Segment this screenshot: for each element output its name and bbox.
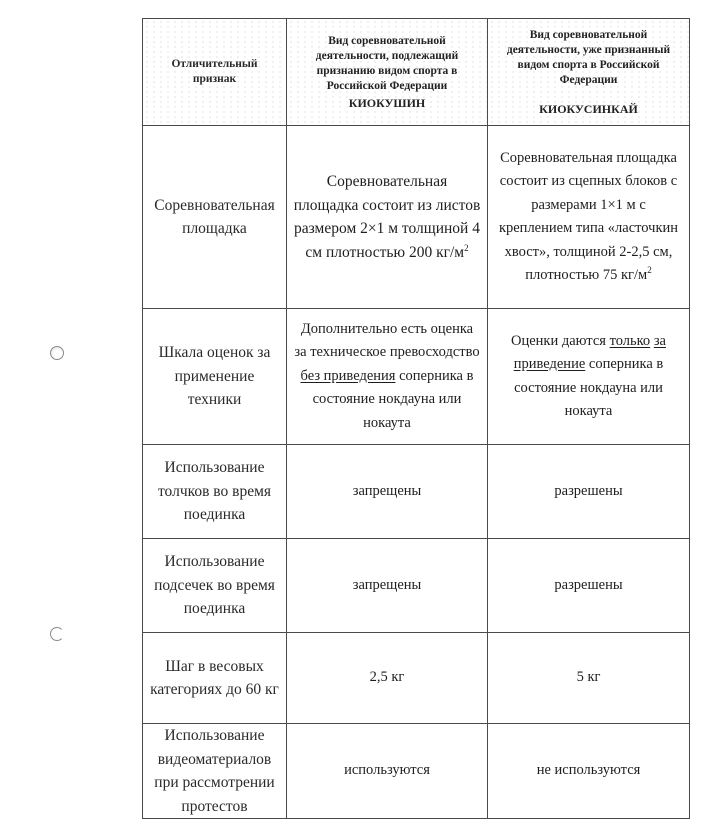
table-row: Использование подсечек во время поединка…: [143, 539, 690, 633]
feature-label: Использование подсечек во время поединка: [154, 553, 275, 617]
cell-kyokushin: Соревновательная площадка состоит из лис…: [287, 126, 488, 309]
row-feature: Использование видеоматериалов при рассмо…: [143, 724, 287, 819]
header-feature: Отличительный признак: [143, 19, 287, 126]
superscript: 2: [464, 243, 469, 253]
table-row: Соревновательная площадка Соревновательн…: [143, 126, 690, 309]
cell-text: не используются: [537, 762, 641, 778]
feature-label: Использование видеоматериалов при рассмо…: [154, 727, 274, 815]
table-row: Шкала оценок за применение техники Допол…: [143, 309, 690, 445]
cell-text: разрешены: [554, 483, 622, 499]
cell-kyokushinkai: разрешены: [488, 445, 690, 539]
cell-text-underlined: только: [610, 333, 651, 349]
cell-kyokushin: 2,5 кг: [287, 633, 488, 724]
cell-text: 2,5 кг: [370, 669, 405, 685]
cell-text: 5 кг: [577, 669, 601, 685]
cell-text: Соревновательная площадка состоит из сце…: [499, 150, 678, 284]
header-kyokushinkai-description: Вид соревновательной деятельности, уже п…: [507, 29, 670, 86]
cell-kyokushin: используются: [287, 724, 488, 819]
cell-kyokushinkai: Оценки даются только за приведение сопер…: [488, 309, 690, 445]
row-feature: Шаг в весовых категориях до 60 кг: [143, 633, 287, 724]
cell-text-underlined: без приведения: [301, 368, 396, 384]
header-kyokushin-name: КИОКУШИН: [293, 96, 481, 111]
feature-label: Соревновательная площадка: [154, 197, 274, 238]
table-row: Использование видеоматериалов при рассмо…: [143, 724, 690, 819]
feature-label: Использование толчков во время поединка: [158, 459, 271, 523]
cell-text-pre: Дополнительно есть оценка за техническое…: [294, 321, 479, 361]
punch-hole-bottom: [50, 627, 64, 641]
feature-label: Шкала оценок за применение техники: [159, 344, 271, 408]
table-row: Шаг в весовых категориях до 60 кг 2,5 кг…: [143, 633, 690, 724]
cell-kyokushinkai: не используются: [488, 724, 690, 819]
header-kyokushin: Вид соревновательной деятельности, подле…: [287, 19, 488, 126]
header-kyokushinkai: Вид соревновательной деятельности, уже п…: [488, 19, 690, 126]
cell-kyokushinkai: 5 кг: [488, 633, 690, 724]
cell-text: запрещены: [353, 483, 422, 499]
comparison-table: Отличительный признак Вид соревновательн…: [142, 18, 690, 819]
row-feature: Соревновательная площадка: [143, 126, 287, 309]
row-feature: Использование подсечек во время поединка: [143, 539, 287, 633]
cell-text: Соревновательная площадка состоит из лис…: [294, 173, 481, 261]
cell-text: запрещены: [353, 577, 422, 593]
cell-kyokushin: запрещены: [287, 445, 488, 539]
feature-label: Шаг в весовых категориях до 60 кг: [150, 658, 279, 699]
header-kyokushinkai-name: КИОКУСИНКАЙ: [494, 102, 683, 117]
superscript: 2: [647, 265, 652, 275]
punch-hole-top: [50, 346, 64, 360]
cell-text-pre: Оценки даются: [511, 333, 606, 349]
row-feature: Шкала оценок за применение техники: [143, 309, 287, 445]
cell-kyokushin: Дополнительно есть оценка за техническое…: [287, 309, 488, 445]
cell-kyokushin: запрещены: [287, 539, 488, 633]
table-row: Использование толчков во время поединка …: [143, 445, 690, 539]
table-header-row: Отличительный признак Вид соревновательн…: [143, 19, 690, 126]
cell-text: используются: [344, 762, 430, 778]
header-feature-label: Отличительный признак: [171, 58, 257, 85]
header-kyokushin-description: Вид соревновательной деятельности, подле…: [316, 35, 458, 92]
cell-kyokushinkai: Соревновательная площадка состоит из сце…: [488, 126, 690, 309]
row-feature: Использование толчков во время поединка: [143, 445, 287, 539]
cell-kyokushinkai: разрешены: [488, 539, 690, 633]
cell-text: разрешены: [554, 577, 622, 593]
